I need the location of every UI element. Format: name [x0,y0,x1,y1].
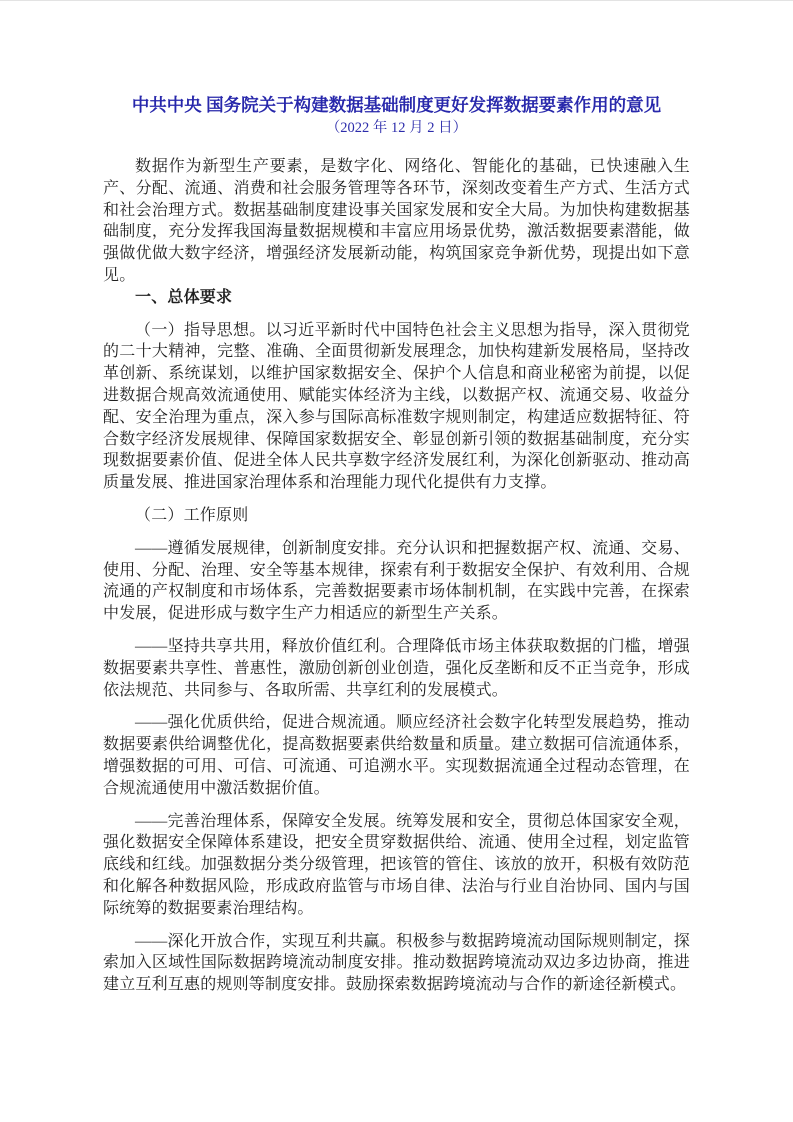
document-date-line: （2022 年 12 月 2 日） [103,118,690,139]
heading-section-one-overall-requirements: 一、总体要求 [103,287,690,309]
document-title: 中共中央 国务院关于构建数据基础制度更好发挥数据要素作用的意见 [103,93,690,117]
paragraph-principle-governance-system-security: ——完善治理体系，保障安全发展。统筹发展和安全，贯彻总体国家安全观，强化数据安全… [103,811,690,920]
paragraph-principle-quality-supply-compliant-circulation: ——强化优质供给，促进合规流通。顺应经济社会数字化转型发展趋势，推动数据要素供给… [103,712,690,799]
document-content: 中共中央 国务院关于构建数据基础制度更好发挥数据要素作用的意见 （2022 年 … [103,93,690,1007]
paragraph-intro: 数据作为新型生产要素，是数字化、网络化、智能化的基础，已快速融入生产、分配、流通… [103,156,690,287]
subheading-work-principles: （二）工作原则 [103,505,690,527]
paragraph-guiding-ideology: （一）指导思想。以习近平新时代中国特色社会主义思想为指导，深入贯彻党的二十大精神… [103,320,690,494]
paragraph-principle-follow-development-laws: ——遵循发展规律，创新制度安排。充分认识和把握数据产权、流通、交易、使用、分配、… [103,538,690,625]
paragraph-principle-open-cooperation-mutual-benefit: ——深化开放合作，实现互利共赢。积极参与数据跨境流动国际规则制定，探索加入区域性… [103,931,690,996]
document-page: 中共中央 国务院关于构建数据基础制度更好发挥数据要素作用的意见 （2022 年 … [0,0,793,1122]
paragraph-principle-sharing-value-dividends: ——坚持共享共用，释放价值红利。合理降低市场主体获取数据的门槛，增强数据要素共享… [103,636,690,701]
